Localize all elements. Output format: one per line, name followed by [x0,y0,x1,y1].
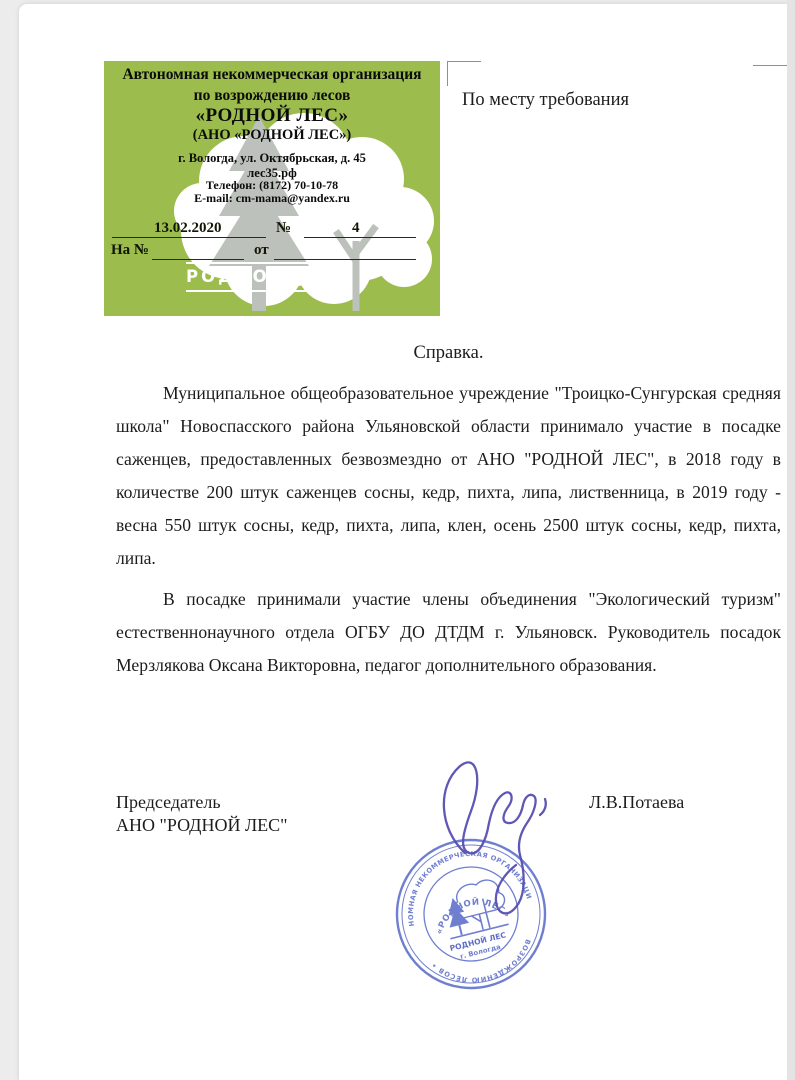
document-number: 4 [352,220,360,237]
scan-edge-strip [787,0,795,1080]
org-name-line2: по возрождению лесов [104,87,440,105]
handwritten-signature [419,749,569,929]
org-address: г. Вологда, ул. Октябрьская, д. 45 [104,151,440,165]
document-title: Справка. [116,343,781,364]
addressee-text: По месту требования [462,90,629,111]
reference-from-label: от [254,242,269,259]
org-name-line1: Автономная некоммерческая организация [104,66,440,84]
reference-number-label: На № [111,242,149,259]
org-short-name: «РОДНОЙ ЛЕС» [104,105,440,127]
reference-date-underline [274,259,416,260]
body-paragraph-1: Муниципальное общеобразовательное учрежд… [116,377,781,575]
signer-name: Л.В.Потаева [589,792,684,813]
document-date: 13.02.2020 [154,220,222,237]
body-paragraph-2: В посадке принимали участие члены объеди… [116,583,781,682]
document-page: Автономная некоммерческая организация по… [19,4,788,1080]
addressee-frame-left-corner-mark [447,61,481,86]
addressee-frame-right-corner-mark [753,65,788,88]
org-email: E-mail: cm-mama@yandex.ru [104,192,440,206]
signer-position-line2: АНО "РОДНОЙ ЛЕС" [116,815,288,836]
org-abbreviation: (АНО «РОДНОЙ ЛЕС») [104,127,440,144]
number-sign-label: № [276,220,291,237]
signer-position-line1: Председатель [116,792,221,813]
letterhead-logotype: РОДНОЙ ЛЕС [186,262,336,292]
date-underline [112,237,266,238]
letterhead-block: Автономная некоммерческая организация по… [104,61,440,316]
reference-underline [152,259,244,260]
number-underline [304,237,416,238]
